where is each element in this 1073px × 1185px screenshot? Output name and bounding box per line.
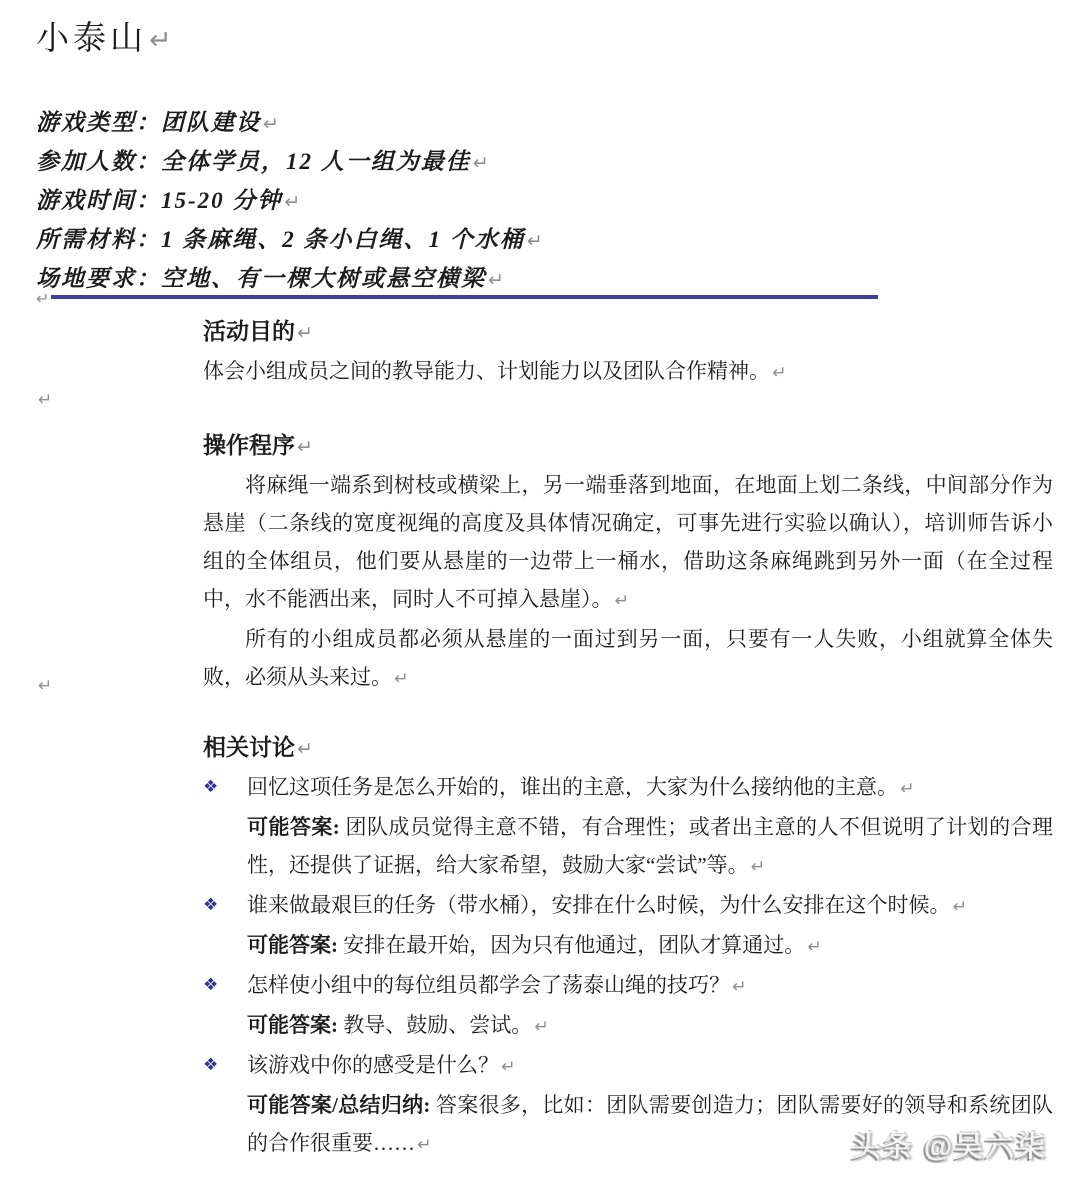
discussion-item: ❖ 该游戏中你的感受是什么？↵	[203, 1046, 1053, 1086]
paragraph-return-mark: ↵	[295, 738, 313, 760]
empty-paragraph-mark: ↵	[36, 390, 52, 410]
meta-label: 所需材料：	[36, 227, 161, 252]
paragraph-return-mark: ↵	[898, 779, 914, 799]
paragraph-return-mark: ↵	[261, 113, 281, 135]
section-heading-discussion: 相关讨论↵	[203, 728, 1053, 768]
meta-value: 1 条麻绳、2 条小白绳、1 个水桶	[161, 227, 525, 252]
paragraph-return-mark: ↵	[471, 152, 491, 174]
paragraph-return-mark: ↵	[499, 1057, 515, 1077]
meta-label: 游戏类型：	[36, 110, 161, 135]
question-text: 怎样使小组中的每位组员都学会了荡泰山绳的技巧？	[247, 973, 730, 997]
meta-label: 游戏时间：	[36, 188, 161, 213]
paragraph-return-mark: ↵	[730, 977, 746, 997]
meta-value: 团队建设	[161, 110, 261, 135]
game-meta-block: 游戏类型：团队建设↵ 参加人数：全体学员，12 人一组为最佳↵ 游戏时间：15-…	[36, 104, 545, 299]
section-heading-purpose: 活动目的↵	[203, 312, 1053, 352]
discussion-item: ❖ 谁来做最艰巨的任务（带水桶），安排在什么时候，为什么安排在这个时候。↵	[203, 886, 1053, 926]
empty-paragraph-mark: ↵	[36, 676, 52, 696]
answer-text: 团队成员觉得主意不错，有合理性；或者出主意的人不但说明了计划的合理性，还提供了证…	[247, 815, 1053, 877]
page-title-text: 小泰山	[36, 21, 147, 57]
paragraph-return-mark: ↵	[415, 1135, 431, 1155]
discussion-question: 回忆这项任务是怎么开始的，谁出的主意，大家为什么接纳他的主意。↵	[247, 768, 1053, 808]
heading-text: 相关讨论	[203, 734, 295, 760]
paragraph-return-mark: ↵	[34, 289, 49, 308]
procedure-paragraph-1: 将麻绳一端系到树枝或横梁上，另一端垂落到地面，在地面上划二条线，中间部分作为悬崖…	[203, 466, 1053, 620]
page-title: 小泰山↵	[36, 12, 176, 59]
answer-label: 可能答案/总结归纳:	[247, 1093, 430, 1117]
answer-label: 可能答案:	[247, 1013, 338, 1037]
paragraph-return-mark: ↵	[147, 25, 176, 56]
discussion-answer: 可能答案: 团队成员觉得主意不错，有合理性；或者出主意的人不但说明了计划的合理性…	[203, 808, 1053, 886]
paragraph-return-mark: ↵	[532, 1017, 548, 1037]
discussion-answer: 可能答案: 安排在最开始，因为只有他通过，团队才算通过。↵	[203, 926, 1053, 966]
question-text: 回忆这项任务是怎么开始的，谁出的主意，大家为什么接纳他的主意。	[247, 775, 898, 799]
paragraph-return-mark: ↵	[749, 857, 765, 877]
paragraph-return-mark: ↵	[805, 937, 821, 957]
document-body: 活动目的↵ 体会小组成员之间的教导能力、计划能力以及团队合作精神。↵ 操作程序↵…	[203, 312, 1053, 1164]
blank-line	[203, 698, 1053, 728]
meta-line-materials: 所需材料：1 条麻绳、2 条小白绳、1 个水桶↵	[36, 221, 545, 260]
meta-value: 全体学员，12 人一组为最佳	[161, 149, 471, 174]
paragraph-return-mark: ↵	[951, 897, 967, 917]
answer-text: 安排在最开始，因为只有他通过，团队才算通过。	[338, 933, 805, 957]
paragraph-return-mark: ↵	[295, 322, 313, 344]
diamond-bullet-icon: ❖	[203, 1046, 247, 1084]
meta-label: 参加人数：	[36, 149, 161, 174]
diamond-bullet-icon: ❖	[203, 886, 247, 924]
discussion-item: ❖ 怎样使小组中的每位组员都学会了荡泰山绳的技巧？↵	[203, 966, 1053, 1006]
purpose-text: 体会小组成员之间的教导能力、计划能力以及团队合作精神。	[203, 359, 770, 383]
paragraph-return-mark: ↵	[770, 363, 786, 383]
question-text: 该游戏中你的感受是什么？	[247, 1053, 499, 1077]
answer-text: 教导、鼓励、尝试。	[338, 1013, 532, 1037]
purpose-body: 体会小组成员之间的教导能力、计划能力以及团队合作精神。↵	[203, 352, 1053, 392]
heading-text: 活动目的	[203, 318, 295, 344]
paragraph-return-mark: ↵	[282, 191, 302, 213]
section-divider: ↵	[34, 288, 878, 308]
divider-line	[51, 295, 878, 299]
meta-line-participants: 参加人数：全体学员，12 人一组为最佳↵	[36, 143, 545, 182]
procedure-paragraph-2: 所有的小组成员都必须从悬崖的一面过到另一面，只要有一人失败，小组就算全体失败，必…	[203, 620, 1053, 698]
procedure-text: 所有的小组成员都必须从悬崖的一面过到另一面，只要有一人失败，小组就算全体失败，必…	[203, 627, 1053, 689]
paragraph-return-mark: ↵	[525, 230, 545, 252]
paragraph-return-mark: ↵	[295, 436, 313, 458]
discussion-question: 怎样使小组中的每位组员都学会了荡泰山绳的技巧？↵	[247, 966, 1053, 1006]
meta-line-duration: 游戏时间：15-20 分钟↵	[36, 182, 545, 221]
discussion-question: 谁来做最艰巨的任务（带水桶），安排在什么时候，为什么安排在这个时候。↵	[247, 886, 1053, 926]
diamond-bullet-icon: ❖	[203, 966, 247, 1004]
blank-line	[203, 392, 1053, 426]
heading-text: 操作程序	[203, 432, 295, 458]
paragraph-return-mark: ↵	[392, 669, 408, 689]
meta-line-game-type: 游戏类型：团队建设↵	[36, 104, 545, 143]
discussion-item: ❖ 回忆这项任务是怎么开始的，谁出的主意，大家为什么接纳他的主意。↵	[203, 768, 1053, 808]
meta-value: 15-20 分钟	[161, 188, 282, 213]
question-text: 谁来做最艰巨的任务（带水桶），安排在什么时候，为什么安排在这个时候。	[247, 893, 951, 917]
answer-label: 可能答案:	[247, 933, 338, 957]
discussion-question: 该游戏中你的感受是什么？↵	[247, 1046, 1053, 1086]
answer-label: 可能答案:	[247, 815, 340, 839]
section-heading-procedure: 操作程序↵	[203, 426, 1053, 466]
diamond-bullet-icon: ❖	[203, 768, 247, 806]
discussion-answer: 可能答案: 教导、鼓励、尝试。↵	[203, 1006, 1053, 1046]
paragraph-return-mark: ↵	[613, 591, 629, 611]
watermark-toutiao-author: 头条 @吴六柒	[852, 1124, 1047, 1165]
